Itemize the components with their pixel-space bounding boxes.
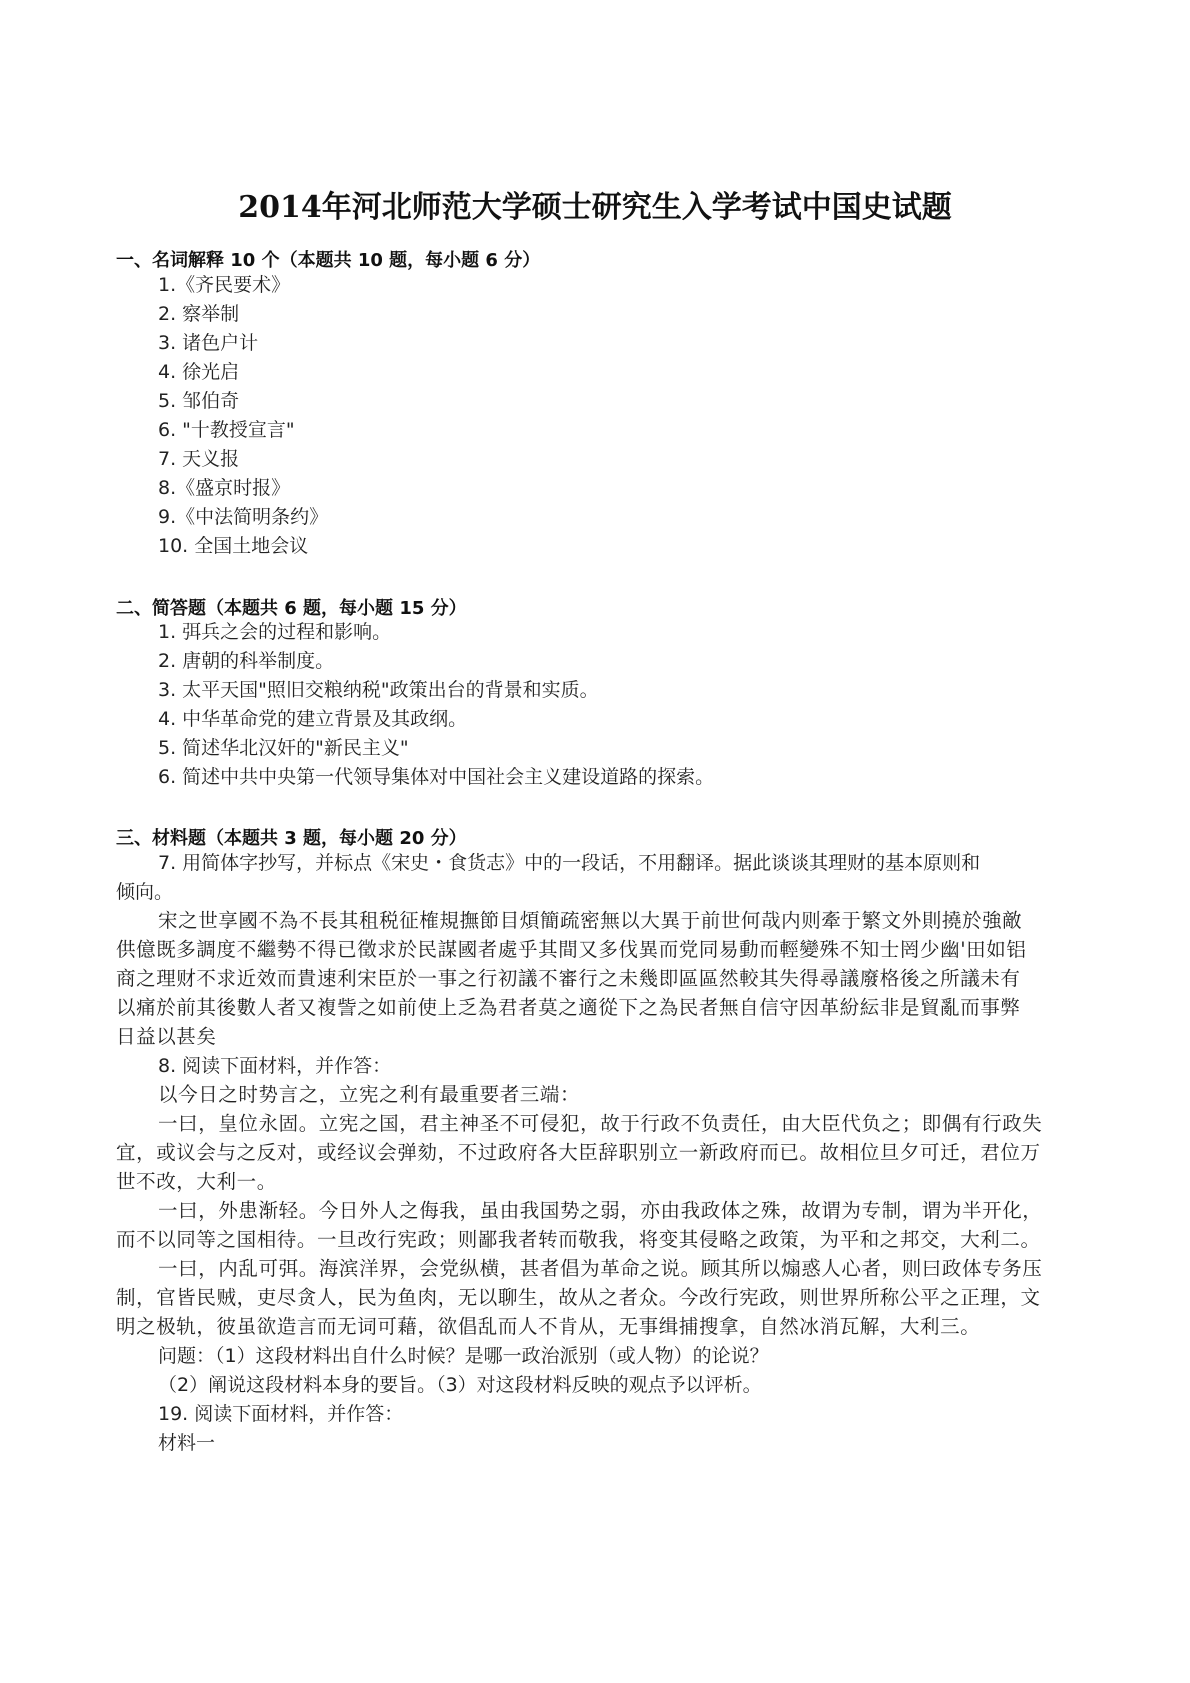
term-item: 8.《盛京时报》	[158, 476, 290, 500]
term-item: 10. 全国土地会议	[158, 534, 308, 558]
short-answer-item: 1. 弭兵之会的过程和影响。	[158, 620, 391, 644]
page-title: 2014年河北师范大学硕士研究生入学考试中国史试题	[0, 182, 1190, 226]
material-text-line: 一曰，外患渐轻。今日外人之侮我，虽由我国势之弱，亦由我政体之殊，故谓为专制，谓为…	[158, 1199, 1042, 1223]
classical-text-line: 日益以甚矣	[116, 1025, 217, 1049]
material-text-line: 制，官皆民贼，吏尽贪人，民为鱼肉，无以聊生，故从之者众。今改行宪政，则世界所称公…	[116, 1286, 1041, 1310]
material-text-line: 一曰，皇位永固。立宪之国，君主神圣不可侵犯，故于行政不负责任，由大臣代负之；即偶…	[158, 1112, 1042, 1136]
section-3-heading: 三、材料题（本题共 3 题，每小题 20 分）	[116, 824, 467, 850]
term-item: 5. 邹伯奇	[158, 389, 239, 413]
short-answer-item: 3. 太平天国"照旧交粮纳税"政策出台的背景和实质。	[158, 678, 599, 702]
material-text-line: 明之极轨，彼虽欲造言而无词可藉，欲倡乱而人不肯从，无事缉捕搜拿，自然冰消瓦解，大…	[116, 1315, 980, 1339]
material-text-line: 世不改，大利一。	[116, 1170, 277, 1194]
material-question-8: 8. 阅读下面材料，并作答：	[158, 1054, 391, 1078]
term-item: 2. 察举制	[158, 302, 239, 326]
short-answer-item: 6. 简述中共中央第一代领导集体对中国社会主义建设道路的探索。	[158, 765, 714, 789]
term-item: 7. 天义报	[158, 447, 239, 471]
classical-text-line: 宋之世享國不為不長其租税征榷規撫節目煩簡疏密無以大異于前世何哉内则牽于繁文外則撓…	[158, 909, 1022, 933]
material-label: 材料一	[158, 1431, 215, 1455]
material-text-line: 宜，或议会与之反对，或经议会弹劾，不过政府各大臣辞职别立一新政府而已。故相位旦夕…	[116, 1141, 1041, 1165]
classical-text-line: 商之理财不求近效而貴速利宋臣於一事之行初議不審行之未幾即區區然較其失得尋議廢格後…	[116, 967, 1021, 991]
material-text-line: 而不以同等之国相待。一旦改行宪政；则鄙我者转而敬我，将变其侵略之政策，为平和之邦…	[116, 1228, 1041, 1252]
section-2-heading: 二、简答题（本题共 6 题，每小题 15 分）	[116, 594, 467, 620]
material-question-19: 19. 阅读下面材料，并作答：	[158, 1402, 403, 1426]
material-line: 倾向。	[116, 880, 173, 904]
term-item: 1.《齐民要术》	[158, 273, 290, 297]
term-item: 9.《中法简明条约》	[158, 505, 328, 529]
short-answer-item: 5. 简述华北汉奸的"新民主义"	[158, 736, 409, 760]
question-line: （2）阐说这段材料本身的要旨。（3）对这段材料反映的观点予以评析。	[158, 1373, 762, 1397]
material-question-7: 7. 用简体字抄写，并标点《宋史・食货志》中的一段话，不用翻译。据此谈谈其理财的…	[158, 851, 980, 875]
section-1-heading: 一、名词解释 10 个（本题共 10 题，每小题 6 分）	[116, 246, 540, 272]
material-text-line: 一曰，内乱可弭。海滨洋界，会党纵横，甚者倡为革命之说。顾其所以煽惑人心者，则曰政…	[158, 1257, 1042, 1281]
short-answer-item: 2. 唐朝的科举制度。	[158, 649, 334, 673]
classical-text-line: 以痛於前其後數人者又複訾之如前使上乏為君者莫之適從下之為民者無自信守因革紛紜非是…	[116, 996, 1021, 1020]
classical-text-line: 供億既多調度不繼勢不得已徵求於民謀國者處乎其間又多伐異而党同易動而輕變殊不知士罔…	[116, 938, 1026, 962]
term-item: 6. "十教授宣言"	[158, 418, 295, 442]
term-item: 3. 诸色户计	[158, 331, 258, 355]
short-answer-item: 4. 中华革命党的建立背景及其政纲。	[158, 707, 467, 731]
material-text-line: 以今日之时势言之，立宪之利有最重要者三端：	[158, 1083, 580, 1107]
term-item: 4. 徐光启	[158, 360, 239, 384]
question-line: 问题：（1）这段材料出自什么时候？是哪一政治派别（或人物）的论说？	[158, 1344, 769, 1368]
exam-page: 2014年河北师范大学硕士研究生入学考试中国史试题 一、名词解释 10 个（本题…	[0, 0, 1190, 1683]
